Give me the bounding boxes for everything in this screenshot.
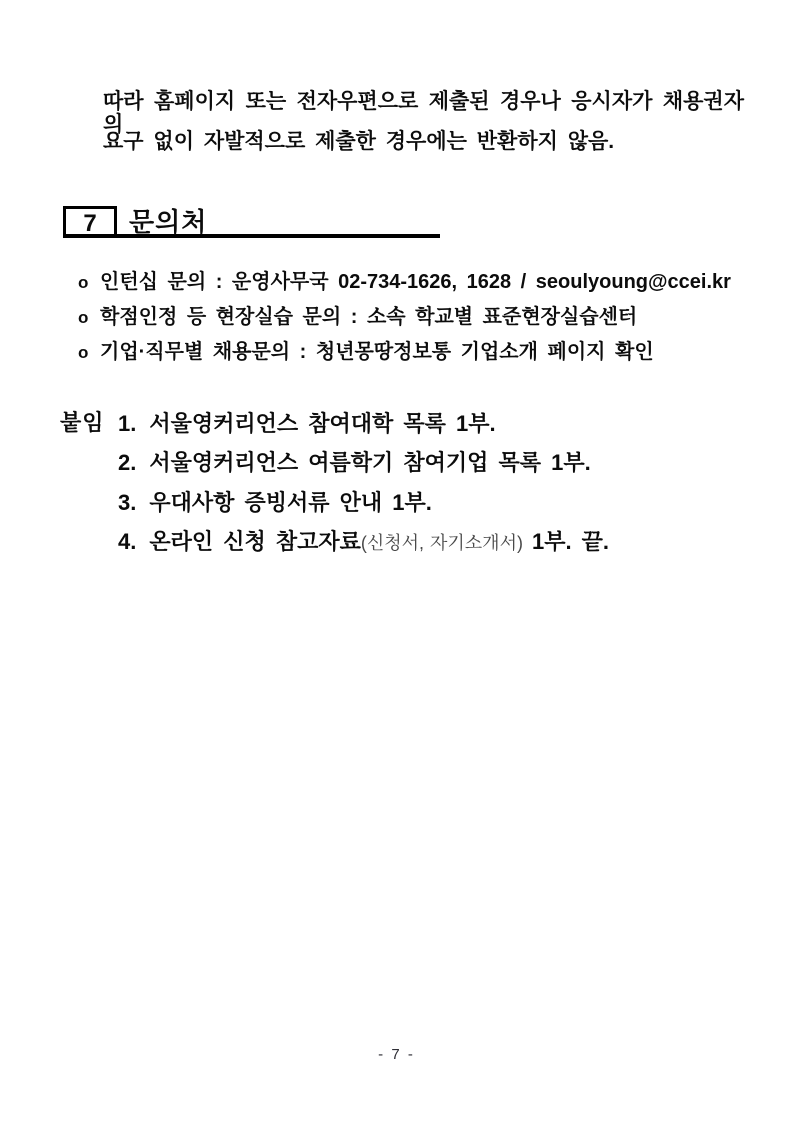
attachment-number: 4. (118, 530, 136, 554)
attachment-item-4: 4.온라인 신청 참고자료(신청서, 자기소개서)1부. 끝. (118, 530, 609, 555)
section-title: 문의처 (129, 208, 207, 236)
attachment-text: 우대사항 증빙서류 안내 1부. (149, 490, 431, 515)
bullet-marker: o (78, 307, 100, 329)
bullet-marker: o (78, 342, 100, 364)
page-number: - 7 - (0, 1046, 793, 1063)
attachment-text: 서울영커리언스 여름학기 참여기업 목록 1부. (149, 450, 590, 475)
contact-item-internship: o 인턴십 문의 : 운영사무국 02-734-1626, 1628 / seo… (78, 271, 731, 294)
attachment-note: (신청서, 자기소개서) (361, 533, 523, 553)
attachment-number: 3. (118, 491, 136, 515)
section-number-box: 7 (63, 206, 117, 238)
attachment-item-3: 3.우대사항 증빙서류 안내 1부. (118, 491, 432, 515)
attachment-number: 1. (118, 412, 136, 436)
section-number: 7 (83, 212, 96, 236)
attachment-text: 서울영커리언스 참여대학 목록 1부. (149, 411, 495, 436)
section-header: 7 문의처 (63, 206, 440, 238)
attachment-item-2: 2.서울영커리언스 여름학기 참여기업 목록 1부. (118, 451, 591, 475)
attachments-label: 붙임 (60, 411, 105, 435)
document-page: 따라 홈페이지 또는 전자우편으로 제출된 경우나 응시자가 채용권자의 요구 … (0, 0, 793, 1121)
contact-text: 기업·직무별 채용문의 : 청년몽땅정보통 기업소개 페이지 확인 (100, 341, 654, 363)
bullet-marker: o (78, 272, 100, 294)
contact-item-company: o 기업·직무별 채용문의 : 청년몽땅정보통 기업소개 페이지 확인 (78, 341, 654, 364)
attachment-item-1: 1.서울영커리언스 참여대학 목록 1부. (118, 412, 496, 436)
contact-text: 인턴십 문의 : 운영사무국 02-734-1626, 1628 / seoul… (100, 271, 731, 293)
paragraph-line-2: 요구 없이 자발적으로 제출한 경우에는 반환하지 않음. (103, 130, 744, 153)
attachment-tail: 1부. 끝. (532, 529, 609, 554)
attachment-text: 온라인 신청 참고자료 (149, 529, 361, 554)
contact-text: 학점인정 등 현장실습 문의 : 소속 학교별 표준현장실습센터 (100, 306, 637, 328)
attachment-number: 2. (118, 451, 136, 475)
contact-item-credit: o 학점인정 등 현장실습 문의 : 소속 학교별 표준현장실습센터 (78, 306, 637, 329)
